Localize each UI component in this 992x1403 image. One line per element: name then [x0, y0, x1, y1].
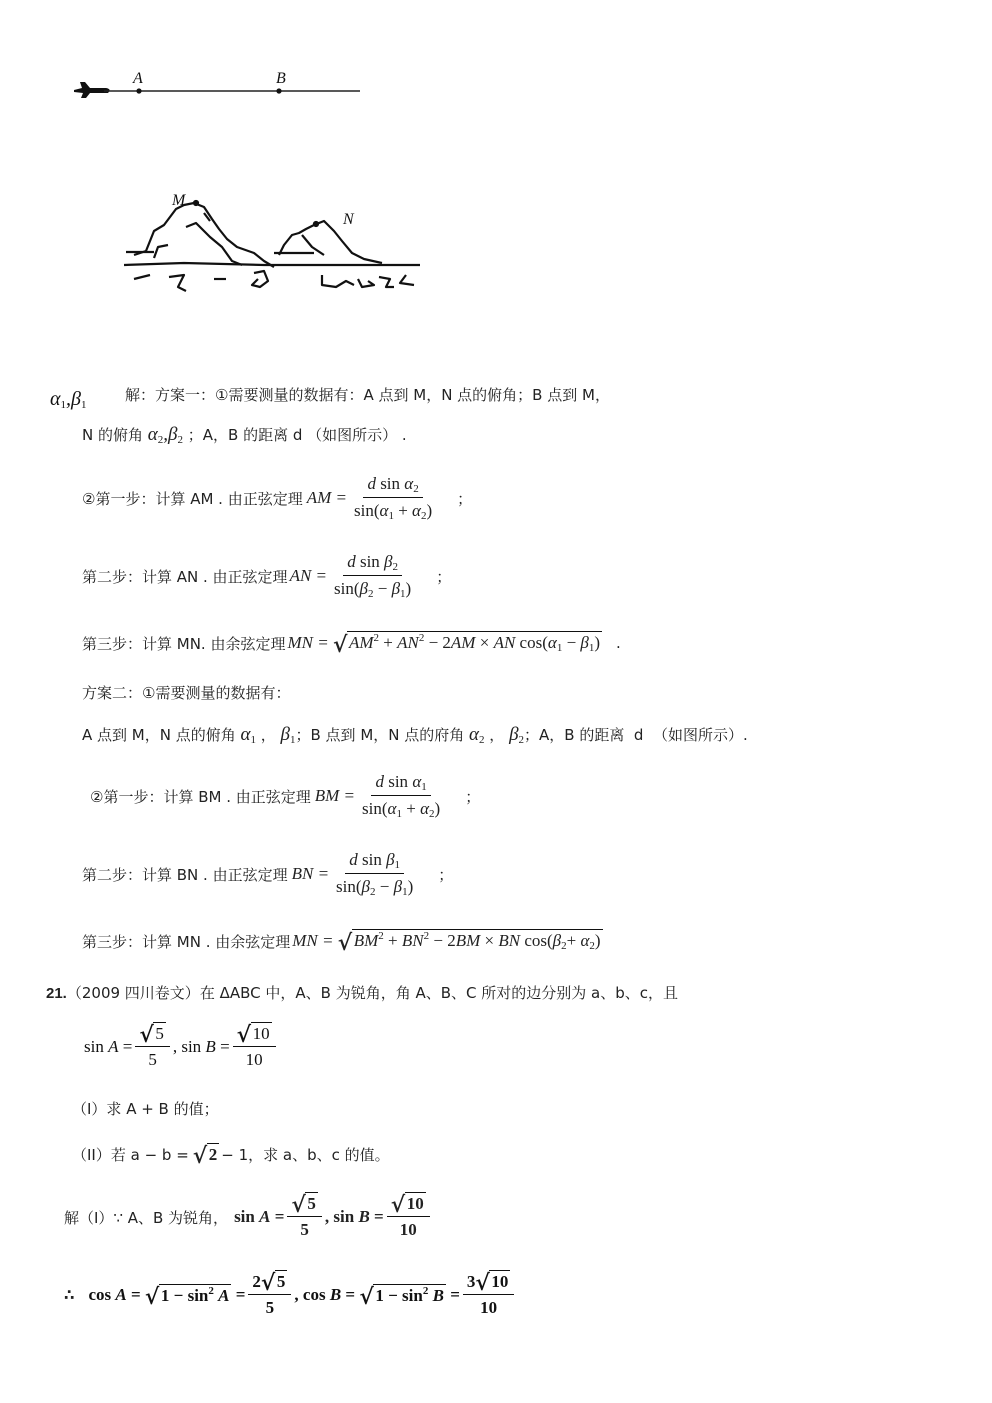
sol-sin-a-fraction: 5 5: [287, 1194, 322, 1240]
sol-sin-b-fraction: 10 10: [387, 1194, 430, 1240]
part-1-solution: 解（I）∵ A、B 为锐角， sin A = 5 5 , sin B = 10 …: [64, 1194, 433, 1240]
mn-radical-1: AM2 + AN2 − 2AM × AN cos(α1 − β1): [333, 632, 602, 654]
plan1-step3: 第三步：计算 MN. 由余弦定理 MN = AM2 + AN2 − 2AM × …: [82, 632, 621, 654]
plan1-step2: 第二步：计算 AN . 由正弦定理 AN = d sin β2 sin(β2 −…: [82, 552, 451, 600]
problem-21-statement: 21.（2009 四川卷文）在 ΔABC 中，A、B 为锐角，角 A、B、C 所…: [46, 982, 678, 1003]
cosine-derivation: ∴ cos A = 1 − sin2 A = 25 5 , cos B = 1 …: [64, 1272, 517, 1318]
peak-n-label: N: [343, 211, 354, 229]
plan2-step1: ②第一步：计算 BM . 由正弦定理 BM = d sin α1 sin(α1 …: [90, 772, 480, 820]
sin-a-fraction: 5 5: [135, 1024, 170, 1070]
plan2-line1: A 点到 M，N 点的俯角 α1 ， β1；B 点到 M，N 点的府角 α2 ，…: [82, 724, 748, 746]
bn-fraction: d sin β1 sin(β2 − β1): [332, 850, 417, 898]
angles-a2-b2: α2,β2: [148, 424, 183, 445]
peak-m-label: M: [172, 192, 185, 210]
mountains-figure: [124, 195, 424, 305]
point-b-label: B: [276, 70, 286, 88]
mn-radical-2: BM2 + BN2 − 2BM × BN cos(β2+ α2): [338, 930, 603, 952]
plan1-intro: 解：方案一：①需要测量的数据有：A 点到 M，N 点的俯角；B 点到 M，: [125, 384, 610, 405]
plan1-line2: N 的俯角 α2,β2 ；A，B 的距离 d （如图所示） .: [82, 424, 407, 446]
am-fraction: d sin α2 sin(α1 + α2): [350, 474, 436, 522]
mountains-icon: [124, 203, 420, 291]
given-sines: sin A = 5 5 , sin B = 10 10: [84, 1024, 279, 1070]
bm-fraction: d sin α1 sin(α1 + α2): [358, 772, 444, 820]
cos-b-fraction: 310 10: [463, 1272, 515, 1318]
sqrt-2: 2: [193, 1145, 220, 1165]
flight-path-figure: [68, 68, 368, 108]
airplane-icon: [74, 82, 110, 98]
part-1-question: （I）求 A + B 的值；: [72, 1098, 219, 1119]
part-2-question: （II）若 a − b = 2 − 1，求 a、b、c 的值。: [72, 1144, 390, 1165]
plan2-step3: 第三步：计算 MN . 由余弦定理 MN = BM2 + BN2 − 2BM ×…: [82, 930, 603, 952]
sin-b-fraction: 10 10: [233, 1024, 276, 1070]
plan2-step2: 第二步：计算 BN . 由正弦定理 BN = d sin β1 sin(β2 −…: [82, 850, 453, 898]
plan2-title: 方案二：①需要测量的数据有：: [82, 682, 290, 703]
point-a-label: A: [133, 70, 143, 88]
plan1-step1: ②第一步：计算 AM . 由正弦定理 AM = d sin α2 sin(α1 …: [82, 474, 472, 522]
an-fraction: d sin β2 sin(β2 − β1): [330, 552, 415, 600]
cos-a-fraction: 25 5: [248, 1272, 291, 1318]
margin-angles: α1,β1: [50, 388, 86, 411]
